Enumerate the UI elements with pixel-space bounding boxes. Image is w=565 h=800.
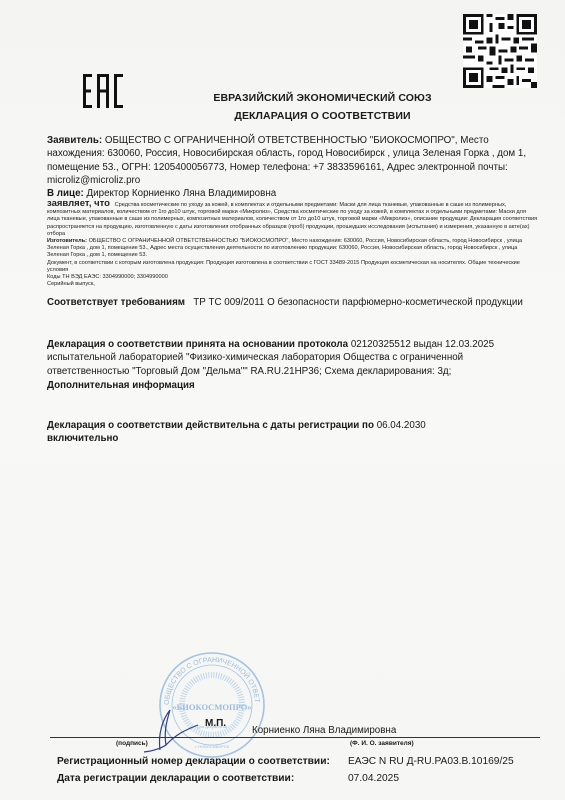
signature-caption: (подпись) bbox=[116, 740, 148, 747]
registration-number-value: ЕАЭС N RU Д-RU.РА03.В.10169/25 bbox=[348, 756, 514, 767]
declares-section: заявляет, что Средства косметические по … bbox=[47, 200, 539, 288]
signer-name: Корниенко Ляна Владимировна bbox=[252, 725, 396, 736]
standard-document: Документ, в соответствии с которым изгот… bbox=[47, 260, 520, 273]
signature-icon bbox=[130, 705, 210, 755]
document-title: ДЕКЛАРАЦИЯ О СООТВЕТСТВИИ bbox=[40, 110, 565, 122]
conforms-text: ТР ТС 009/2011 О безопасности парфюмерно… bbox=[193, 297, 523, 308]
conforms-section: Соответствует требованиям ТР ТС 009/2011… bbox=[47, 296, 537, 309]
declares-label: заявляет, что bbox=[47, 198, 110, 209]
declaration-page: ЕВРАЗИЙСКИЙ ЭКОНОМИЧЕСКИЙ СОЮЗ ДЕКЛАРАЦИ… bbox=[0, 0, 565, 800]
registration-number-label: Регистрационный номер декларации о соотв… bbox=[57, 756, 330, 767]
additional-info-section: Дополнительная информация bbox=[47, 379, 537, 392]
basis-section: Декларация о соответствии принята на осн… bbox=[47, 338, 537, 378]
qr-code-icon bbox=[463, 14, 537, 88]
validity-suffix: включительно bbox=[47, 433, 118, 444]
signature-line bbox=[50, 737, 540, 738]
represented-by-text: Директор Корниенко Ляна Владимировна bbox=[87, 188, 277, 199]
represented-by-section: В лице: Директор Корниенко Ляна Владимир… bbox=[47, 187, 537, 200]
stamp-place-label: М.П. bbox=[205, 718, 226, 729]
registration-date-label: Дата регистрации декларации о соответств… bbox=[57, 773, 294, 784]
union-title: ЕВРАЗИЙСКИЙ ЭКОНОМИЧЕСКИЙ СОЮЗ bbox=[40, 92, 565, 104]
series-type: Серийный выпуск, bbox=[47, 281, 95, 287]
manufacturer-label: Изготовитель: bbox=[47, 238, 87, 244]
tn-ved-codes: Коды ТН ВЭД ЕАЭС: 3304990000; 3304990000 bbox=[47, 274, 168, 280]
validity-section: Декларация о соответствии действительна … bbox=[47, 419, 537, 446]
product-description: Средства косметические по уходу за кожей… bbox=[47, 202, 537, 237]
registration-date-value: 07.04.2025 bbox=[348, 773, 399, 784]
applicant-label: Заявитель: bbox=[47, 135, 102, 146]
applicant-text: ОБЩЕСТВО С ОГРАНИЧЕННОЙ ОТВЕТСТВЕННОСТЬЮ… bbox=[47, 135, 526, 186]
additional-info-label: Дополнительная информация bbox=[47, 380, 195, 391]
basis-label: Декларация о соответствии принята на осн… bbox=[47, 339, 348, 350]
registration-number-row: Регистрационный номер декларации о соотв… bbox=[57, 756, 537, 767]
conforms-label: Соответствует требованиям bbox=[47, 297, 185, 308]
applicant-section: Заявитель: ОБЩЕСТВО С ОГРАНИЧЕННОЙ ОТВЕТ… bbox=[47, 134, 537, 187]
manufacturer-text: ОБЩЕСТВО С ОГРАНИЧЕННОЙ ОТВЕТСТВЕННОСТЬЮ… bbox=[47, 238, 522, 258]
validity-label: Декларация о соответствии действительна … bbox=[47, 420, 374, 431]
registration-date-row: Дата регистрации декларации о соответств… bbox=[57, 773, 537, 784]
name-caption: (Ф. И. О. заявителя) bbox=[350, 740, 414, 747]
validity-date: 06.04.2030 bbox=[377, 420, 426, 431]
